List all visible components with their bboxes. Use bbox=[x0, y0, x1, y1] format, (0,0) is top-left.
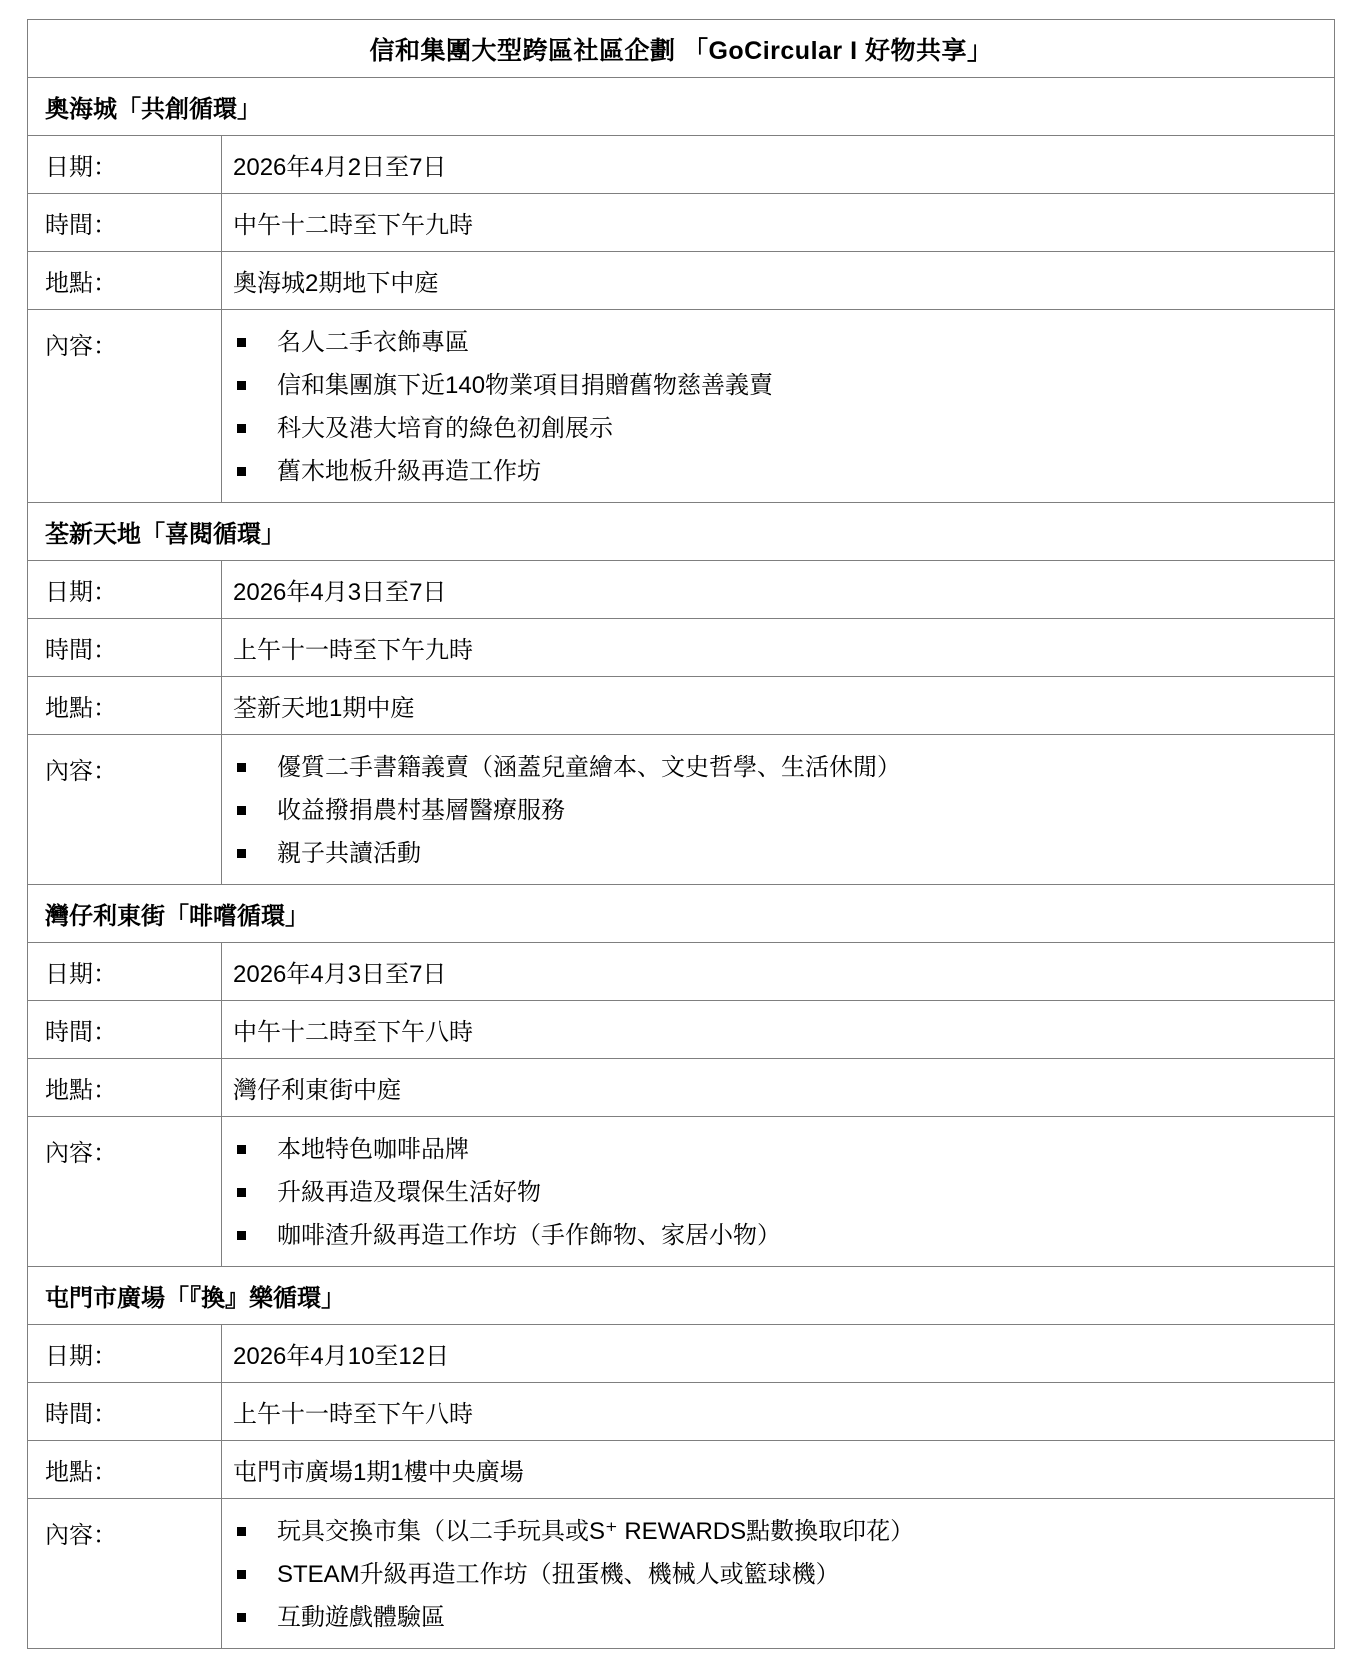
bullet-square-icon bbox=[237, 424, 246, 433]
list-item: 咖啡渣升級再造工作坊（手作飾物、家居小物） bbox=[222, 1214, 1324, 1257]
section-title: 灣仔利東街「啡嚐循環」 bbox=[45, 896, 309, 931]
list-item: STEAM升級再造工作坊（扭蛋機、機械人或籃球機） bbox=[222, 1553, 1324, 1596]
list-item-text: 親子共讀活動 bbox=[277, 832, 421, 875]
list-item: 互動遊戲體驗區 bbox=[222, 1596, 1324, 1639]
row-value-venue: 奧海城2期地下中庭 bbox=[222, 252, 1334, 309]
section-title: 屯門市廣場「『換』樂循環」 bbox=[45, 1278, 345, 1313]
row-value-date: 2026年4月2日至7日 bbox=[222, 136, 1334, 193]
section-title: 荃新天地「喜閱循環」 bbox=[45, 514, 285, 549]
table-row-venue: 地點： 灣仔利東街中庭 bbox=[28, 1059, 1334, 1117]
list-item-text: 名人二手衣飾專區 bbox=[277, 321, 469, 364]
row-label-time: 時間： bbox=[28, 1383, 222, 1440]
row-value-time: 上午十一時至下午八時 bbox=[222, 1383, 1334, 1440]
table-row-date: 日期： 2026年4月3日至7日 bbox=[28, 943, 1334, 1001]
section-title: 奧海城「共創循環」 bbox=[45, 89, 261, 124]
table-title-row: 信和集團大型跨區社區企劃 「GoCircular I 好物共享」 bbox=[28, 20, 1334, 78]
row-value-date: 2026年4月3日至7日 bbox=[222, 561, 1334, 618]
section-header-tuen-mun-town-plaza: 屯門市廣場「『換』樂循環」 bbox=[28, 1267, 1334, 1325]
list-item: 玩具交換市集（以二手玩具或S⁺ REWARDS點數換取印花） bbox=[222, 1510, 1324, 1553]
list-item-text: 科大及港大培育的綠色初創展示 bbox=[277, 407, 613, 450]
list-item: 信和集團旗下近140物業項目捐贈舊物慈善義賣 bbox=[222, 364, 1324, 407]
bullet-square-icon bbox=[237, 1188, 246, 1197]
list-item-text: 咖啡渣升級再造工作坊（手作飾物、家居小物） bbox=[277, 1214, 781, 1257]
table-row-venue: 地點： 奧海城2期地下中庭 bbox=[28, 252, 1334, 310]
section-header-citywalk: 荃新天地「喜閱循環」 bbox=[28, 503, 1334, 561]
list-item: 收益撥捐農村基層醫療服務 bbox=[222, 789, 1324, 832]
row-value-time: 上午十一時至下午九時 bbox=[222, 619, 1334, 676]
row-value-venue: 荃新天地1期中庭 bbox=[222, 677, 1334, 734]
table-row-venue: 地點： 屯門市廣場1期1樓中央廣場 bbox=[28, 1441, 1334, 1499]
row-label-date: 日期： bbox=[28, 1325, 222, 1382]
row-label-time: 時間： bbox=[28, 619, 222, 676]
list-item-text: 舊木地板升級再造工作坊 bbox=[277, 450, 541, 493]
row-label-date: 日期： bbox=[28, 943, 222, 1000]
row-label-venue: 地點： bbox=[28, 1441, 222, 1498]
row-label-date: 日期： bbox=[28, 561, 222, 618]
bullet-square-icon bbox=[237, 1613, 246, 1622]
bullet-square-icon bbox=[237, 1231, 246, 1240]
list-item: 升級再造及環保生活好物 bbox=[222, 1171, 1324, 1214]
table-row-date: 日期： 2026年4月3日至7日 bbox=[28, 561, 1334, 619]
event-schedule-table: 信和集團大型跨區社區企劃 「GoCircular I 好物共享」 奧海城「共創循… bbox=[27, 19, 1335, 1649]
row-value-content: 玩具交換市集（以二手玩具或S⁺ REWARDS點數換取印花） STEAM升級再造… bbox=[222, 1499, 1334, 1648]
row-value-content: 名人二手衣飾專區 信和集團旗下近140物業項目捐贈舊物慈善義賣 科大及港大培育的… bbox=[222, 310, 1334, 502]
table-row-venue: 地點： 荃新天地1期中庭 bbox=[28, 677, 1334, 735]
row-label-content: 內容： bbox=[28, 1117, 222, 1266]
row-value-date: 2026年4月3日至7日 bbox=[222, 943, 1334, 1000]
row-label-venue: 地點： bbox=[28, 252, 222, 309]
list-item-text: 升級再造及環保生活好物 bbox=[277, 1171, 541, 1214]
bullet-square-icon bbox=[237, 1570, 246, 1579]
row-label-venue: 地點： bbox=[28, 677, 222, 734]
row-value-time: 中午十二時至下午九時 bbox=[222, 194, 1334, 251]
list-item: 科大及港大培育的綠色初創展示 bbox=[222, 407, 1324, 450]
bullet-square-icon bbox=[237, 1527, 246, 1536]
section-header-lee-tung-avenue: 灣仔利東街「啡嚐循環」 bbox=[28, 885, 1334, 943]
row-label-content: 內容： bbox=[28, 1499, 222, 1648]
table-row-time: 時間： 上午十一時至下午九時 bbox=[28, 619, 1334, 677]
bullet-square-icon bbox=[237, 763, 246, 772]
table-row-time: 時間： 上午十一時至下午八時 bbox=[28, 1383, 1334, 1441]
row-value-content: 本地特色咖啡品牌 升級再造及環保生活好物 咖啡渣升級再造工作坊（手作飾物、家居小… bbox=[222, 1117, 1334, 1266]
list-item: 名人二手衣飾專區 bbox=[222, 321, 1324, 364]
row-value-time: 中午十二時至下午八時 bbox=[222, 1001, 1334, 1058]
row-value-venue: 灣仔利東街中庭 bbox=[222, 1059, 1334, 1116]
table-row-date: 日期： 2026年4月2日至7日 bbox=[28, 136, 1334, 194]
row-label-content: 內容： bbox=[28, 310, 222, 502]
row-value-venue: 屯門市廣場1期1樓中央廣場 bbox=[222, 1441, 1334, 1498]
bullet-square-icon bbox=[237, 338, 246, 347]
list-item-text: 本地特色咖啡品牌 bbox=[277, 1128, 469, 1171]
row-label-time: 時間： bbox=[28, 194, 222, 251]
list-item-text: 玩具交換市集（以二手玩具或S⁺ REWARDS點數換取印花） bbox=[277, 1510, 914, 1553]
list-item-text: 互動遊戲體驗區 bbox=[277, 1596, 445, 1639]
page-title: 信和集團大型跨區社區企劃 「GoCircular I 好物共享」 bbox=[28, 31, 1334, 67]
list-item-text: 信和集團旗下近140物業項目捐贈舊物慈善義賣 bbox=[277, 364, 773, 407]
table-row-date: 日期： 2026年4月10至12日 bbox=[28, 1325, 1334, 1383]
list-item-text: STEAM升級再造工作坊（扭蛋機、機械人或籃球機） bbox=[277, 1553, 840, 1596]
list-item: 優質二手書籍義賣（涵蓋兒童繪本、文史哲學、生活休閒） bbox=[222, 746, 1324, 789]
row-label-time: 時間： bbox=[28, 1001, 222, 1058]
row-label-venue: 地點： bbox=[28, 1059, 222, 1116]
table-row-time: 時間： 中午十二時至下午九時 bbox=[28, 194, 1334, 252]
row-value-date: 2026年4月10至12日 bbox=[222, 1325, 1334, 1382]
row-value-content: 優質二手書籍義賣（涵蓋兒童繪本、文史哲學、生活休閒） 收益撥捐農村基層醫療服務 … bbox=[222, 735, 1334, 884]
bullet-square-icon bbox=[237, 1145, 246, 1154]
table-row-content: 內容： 玩具交換市集（以二手玩具或S⁺ REWARDS點數換取印花） STEAM… bbox=[28, 1499, 1334, 1648]
row-label-date: 日期： bbox=[28, 136, 222, 193]
table-row-time: 時間： 中午十二時至下午八時 bbox=[28, 1001, 1334, 1059]
table-row-content: 內容： 本地特色咖啡品牌 升級再造及環保生活好物 咖啡渣升級再造工作坊（手作飾物… bbox=[28, 1117, 1334, 1267]
list-item-text: 優質二手書籍義賣（涵蓋兒童繪本、文史哲學、生活休閒） bbox=[277, 746, 901, 789]
table-row-content: 內容： 名人二手衣飾專區 信和集團旗下近140物業項目捐贈舊物慈善義賣 科大及港… bbox=[28, 310, 1334, 503]
list-item: 親子共讀活動 bbox=[222, 832, 1324, 875]
table-row-content: 內容： 優質二手書籍義賣（涵蓋兒童繪本、文史哲學、生活休閒） 收益撥捐農村基層醫… bbox=[28, 735, 1334, 885]
bullet-square-icon bbox=[237, 849, 246, 858]
section-header-olympian-city: 奧海城「共創循環」 bbox=[28, 78, 1334, 136]
list-item: 舊木地板升級再造工作坊 bbox=[222, 450, 1324, 493]
bullet-square-icon bbox=[237, 467, 246, 476]
list-item-text: 收益撥捐農村基層醫療服務 bbox=[277, 789, 565, 832]
list-item: 本地特色咖啡品牌 bbox=[222, 1128, 1324, 1171]
bullet-square-icon bbox=[237, 806, 246, 815]
row-label-content: 內容： bbox=[28, 735, 222, 884]
bullet-square-icon bbox=[237, 381, 246, 390]
